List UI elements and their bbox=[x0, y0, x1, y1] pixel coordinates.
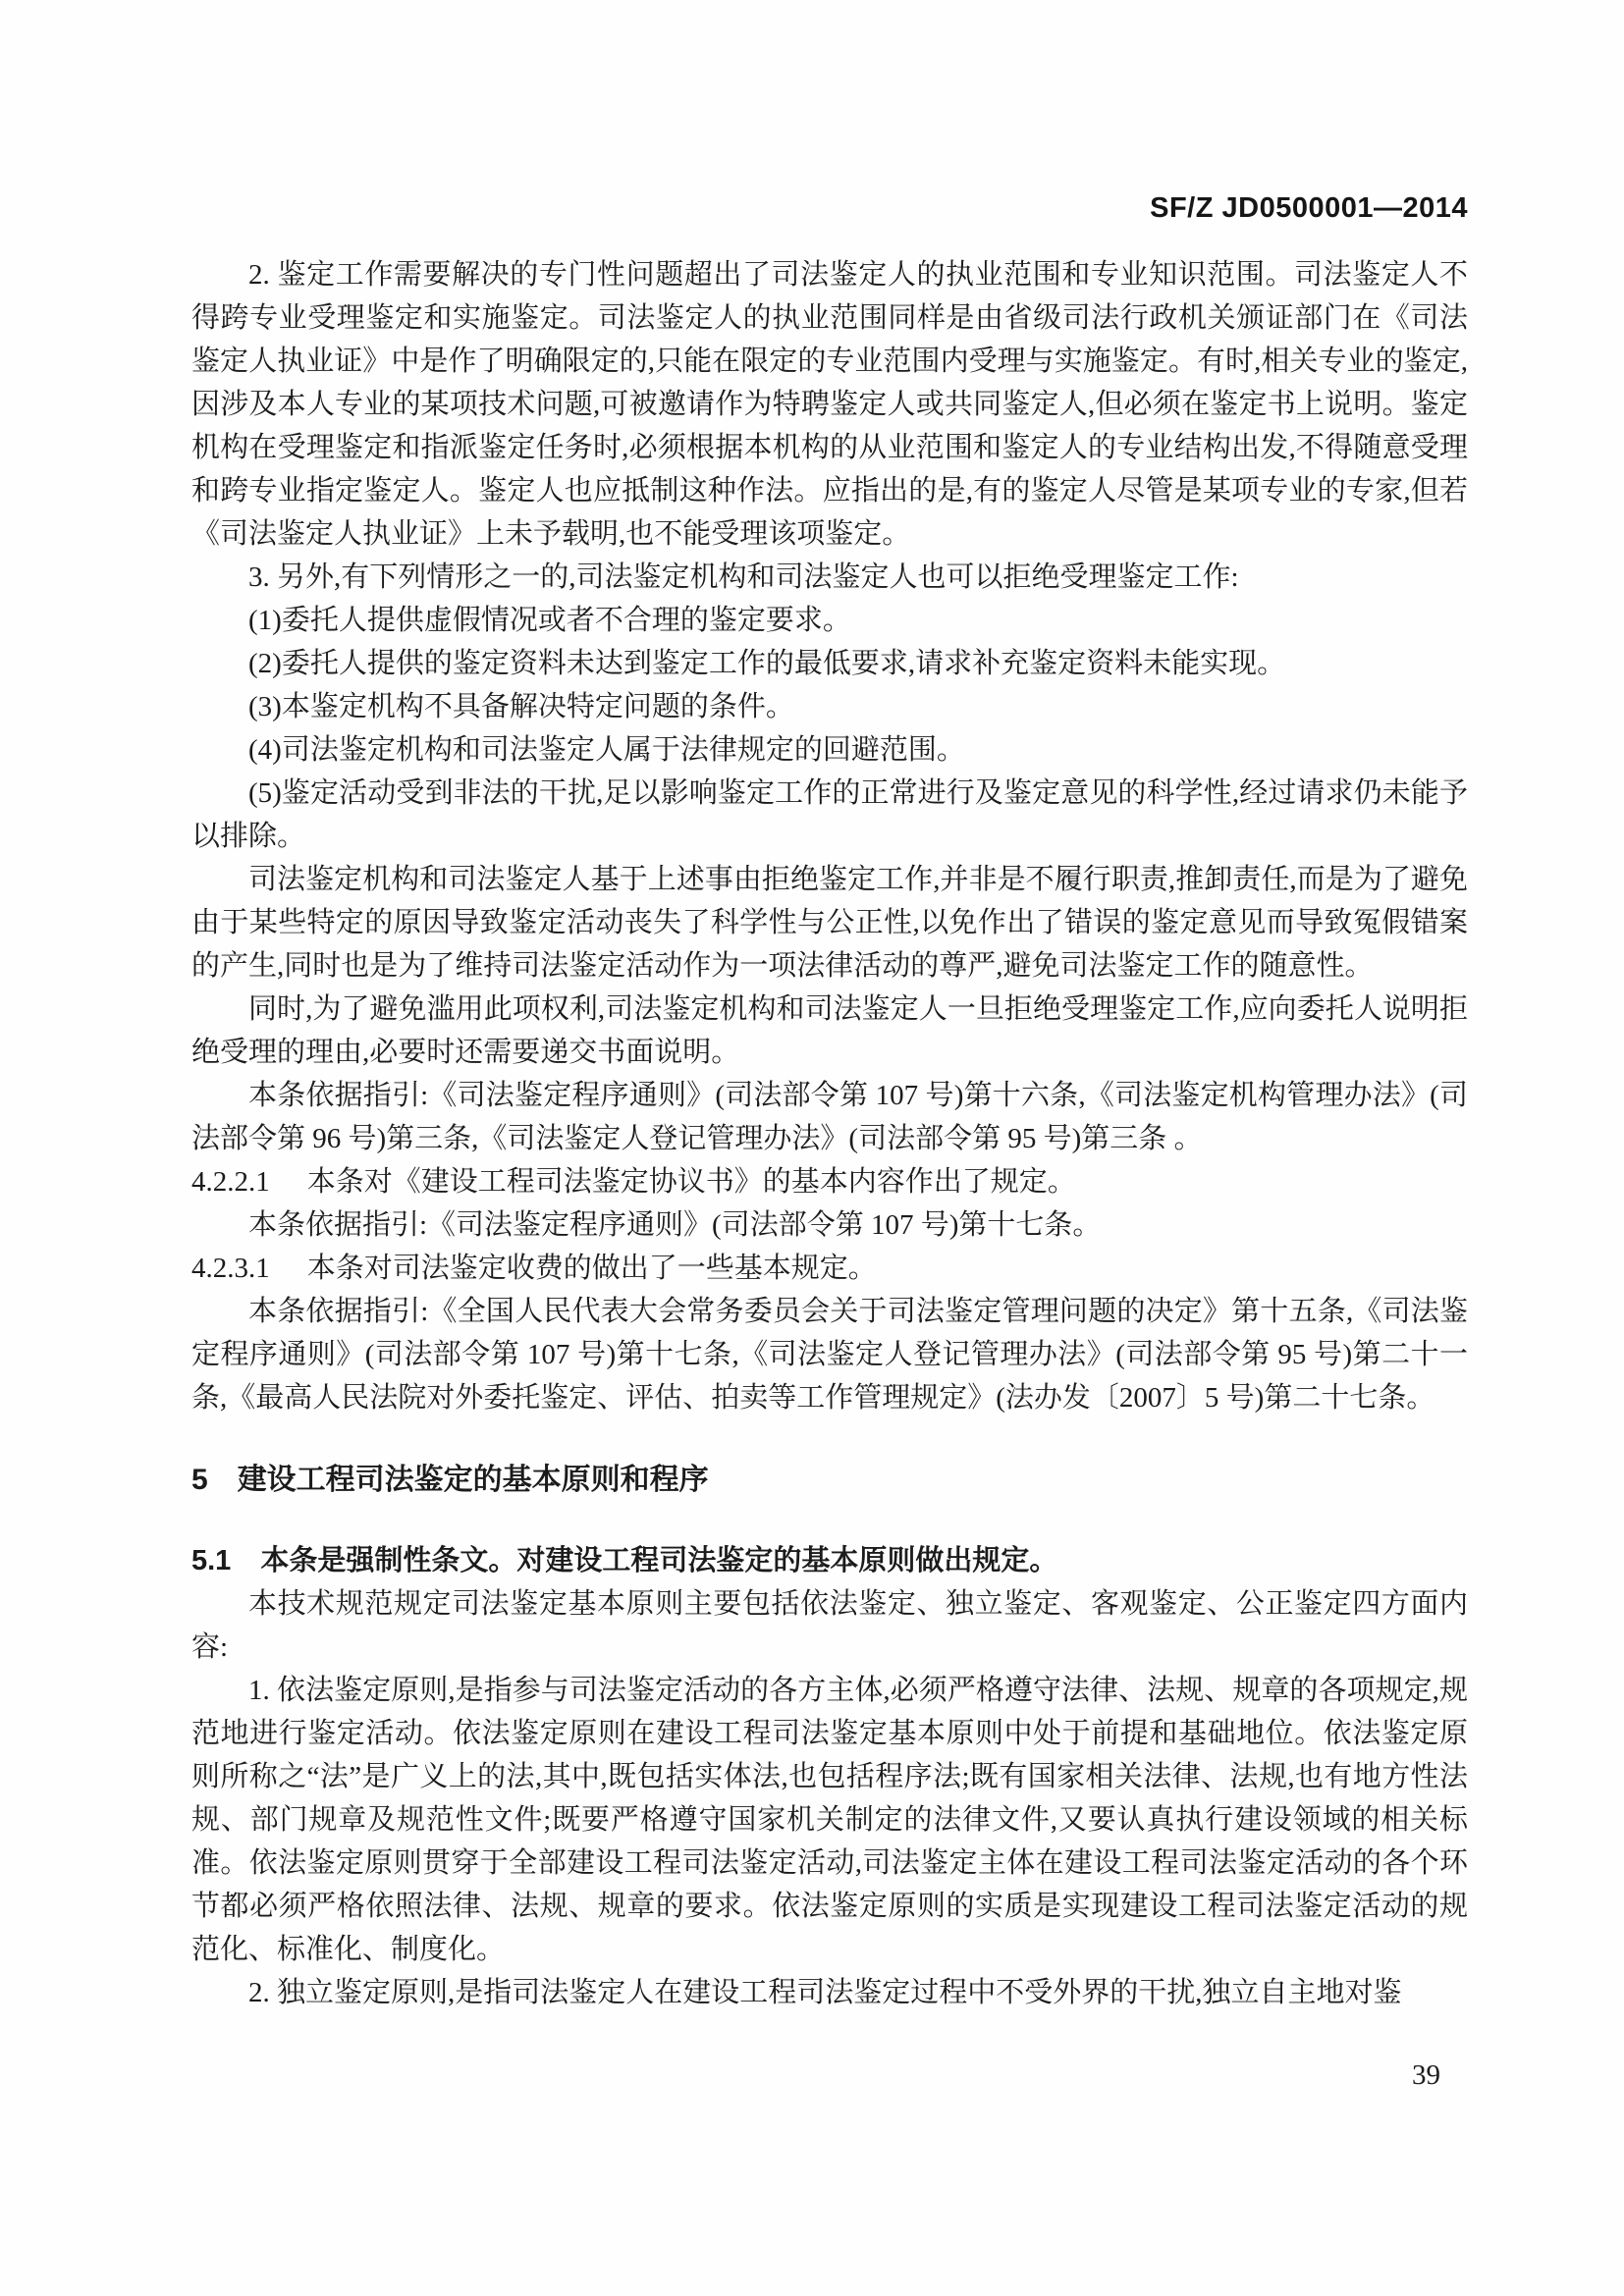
paragraph: 1. 依法鉴定原则,是指参与司法鉴定活动的各方主体,必须严格遵守法律、法规、规章… bbox=[191, 1669, 1468, 1971]
list-item: (2)委托人提供的鉴定资料未达到鉴定工作的最低要求,请求补充鉴定资料未能实现。 bbox=[191, 642, 1468, 685]
clause-number: 5 bbox=[191, 1464, 208, 1496]
paragraph: 本条依据指引:《司法鉴定程序通则》(司法部令第 107 号)第十六条,《司法鉴定… bbox=[191, 1074, 1468, 1160]
clause-paragraph: 4.2.2.1本条对《建设工程司法鉴定协议书》的基本内容作出了规定。 bbox=[191, 1160, 1468, 1203]
list-item: (5)鉴定活动受到非法的干扰,足以影响鉴定工作的正常进行及鉴定意见的科学性,经过… bbox=[191, 772, 1468, 858]
list-item: (4)司法鉴定机构和司法鉴定人属于法律规定的回避范围。 bbox=[191, 728, 1468, 772]
page-number: 39 bbox=[1412, 2057, 1440, 2093]
clause-text: 建设工程司法鉴定的基本原则和程序 bbox=[238, 1464, 709, 1496]
clause-number: 4.2.2.1 bbox=[191, 1166, 270, 1198]
paragraph: 本条依据指引:《全国人民代表大会常务委员会关于司法鉴定管理问题的决定》第十五条,… bbox=[191, 1290, 1468, 1419]
document-body: 2. 鉴定工作需要解决的专门性问题超出了司法鉴定人的执业范围和专业知识范围。司法… bbox=[191, 253, 1468, 2014]
document-page: SF/Z JD0500001—2014 2. 鉴定工作需要解决的专门性问题超出了… bbox=[0, 0, 1624, 2296]
standard-code-header: SF/Z JD0500001—2014 bbox=[191, 192, 1468, 225]
clause-number: 4.2.3.1 bbox=[191, 1253, 270, 1284]
list-item: (3)本鉴定机构不具备解决特定问题的条件。 bbox=[191, 685, 1468, 728]
clause-paragraph: 5.1本条是强制性条文。对建设工程司法鉴定的基本原则做出规定。 bbox=[191, 1539, 1468, 1582]
paragraph: 司法鉴定机构和司法鉴定人基于上述事由拒绝鉴定工作,并非是不履行职责,推卸责任,而… bbox=[191, 858, 1468, 988]
clause-paragraph: 4.2.3.1本条对司法鉴定收费的做出了一些基本规定。 bbox=[191, 1247, 1468, 1290]
clause-text: 本条是强制性条文。对建设工程司法鉴定的基本原则做出规定。 bbox=[260, 1545, 1057, 1576]
paragraph: 3. 另外,有下列情形之一的,司法鉴定机构和司法鉴定人也可以拒绝受理鉴定工作: bbox=[191, 556, 1468, 599]
clause-text: 本条对司法鉴定收费的做出了一些基本规定。 bbox=[307, 1253, 877, 1284]
paragraph: 本条依据指引:《司法鉴定程序通则》(司法部令第 107 号)第十七条。 bbox=[191, 1203, 1468, 1247]
clause-number: 5.1 bbox=[191, 1545, 231, 1576]
clause-text: 本条对《建设工程司法鉴定协议书》的基本内容作出了规定。 bbox=[307, 1166, 1076, 1198]
paragraph: 同时,为了避免滥用此项权利,司法鉴定机构和司法鉴定人一旦拒绝受理鉴定工作,应向委… bbox=[191, 988, 1468, 1074]
section-heading: 5建设工程司法鉴定的基本原则和程序 bbox=[191, 1459, 1468, 1502]
list-item: (1)委托人提供虚假情况或者不合理的鉴定要求。 bbox=[191, 599, 1468, 642]
paragraph: 本技术规范规定司法鉴定基本原则主要包括依法鉴定、独立鉴定、客观鉴定、公正鉴定四方… bbox=[191, 1582, 1468, 1669]
paragraph: 2. 鉴定工作需要解决的专门性问题超出了司法鉴定人的执业范围和专业知识范围。司法… bbox=[191, 253, 1468, 556]
paragraph: 2. 独立鉴定原则,是指司法鉴定人在建设工程司法鉴定过程中不受外界的干扰,独立自… bbox=[191, 1971, 1468, 2014]
